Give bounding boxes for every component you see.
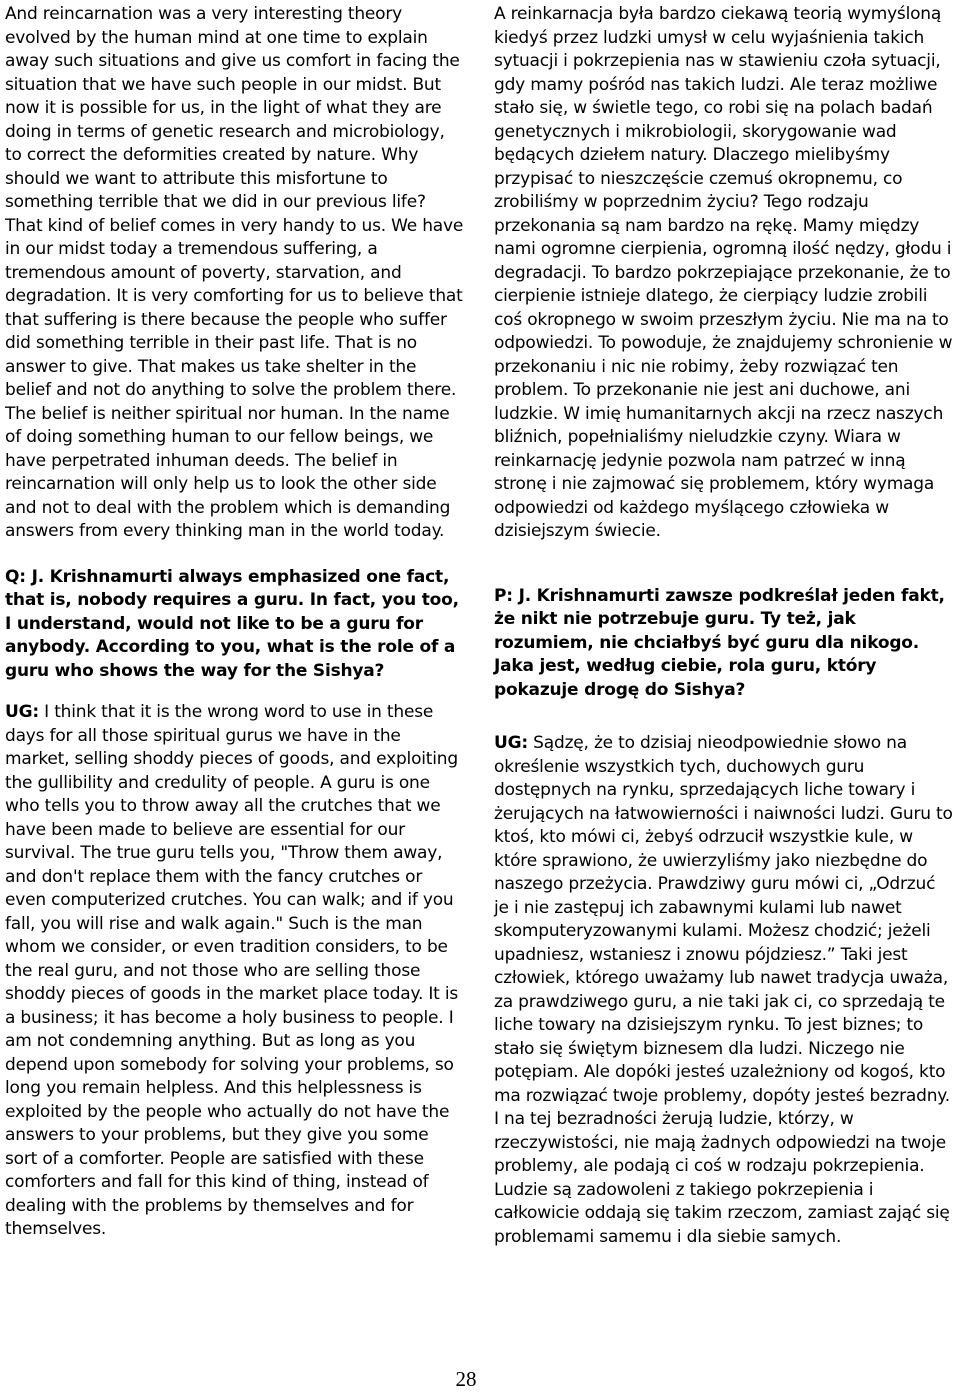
polish-question-label: P: bbox=[494, 586, 513, 606]
english-question-text: J. Krishnamurti always emphasized one fa… bbox=[5, 567, 459, 681]
english-answer-label: UG: bbox=[5, 702, 39, 722]
polish-answer-text: Sądzę, że to dzisiaj nieodpowiednie słow… bbox=[494, 733, 953, 1247]
page-number: 28 bbox=[416, 1367, 516, 1391]
polish-intro-paragraph: A reinkarnacja była bardzo ciekawą teori… bbox=[494, 3, 953, 544]
document-page: And reincarnation was a very interesting… bbox=[0, 0, 960, 1397]
english-answer-paragraph: UG: I think that it is the wrong word to… bbox=[5, 701, 464, 1242]
english-question-paragraph: Q: J. Krishnamurti always emphasized one… bbox=[5, 566, 464, 684]
english-column: And reincarnation was a very interesting… bbox=[5, 3, 464, 1249]
english-question-label: Q: bbox=[5, 567, 26, 587]
polish-question-text: J. Krishnamurti zawsze podkreślał jeden … bbox=[494, 586, 945, 700]
polish-answer-paragraph: UG: Sądzę, że to dzisiaj nieodpowiednie … bbox=[494, 732, 953, 1249]
polish-answer-label: UG: bbox=[494, 733, 528, 753]
polish-question-paragraph: P: J. Krishnamurti zawsze podkreślał jed… bbox=[494, 585, 953, 703]
polish-column: A reinkarnacja była bardzo ciekawą teori… bbox=[494, 3, 953, 1249]
english-intro-paragraph: And reincarnation was a very interesting… bbox=[5, 3, 464, 544]
english-answer-text: I think that it is the wrong word to use… bbox=[5, 702, 458, 1239]
two-column-layout: And reincarnation was a very interesting… bbox=[0, 0, 960, 1249]
